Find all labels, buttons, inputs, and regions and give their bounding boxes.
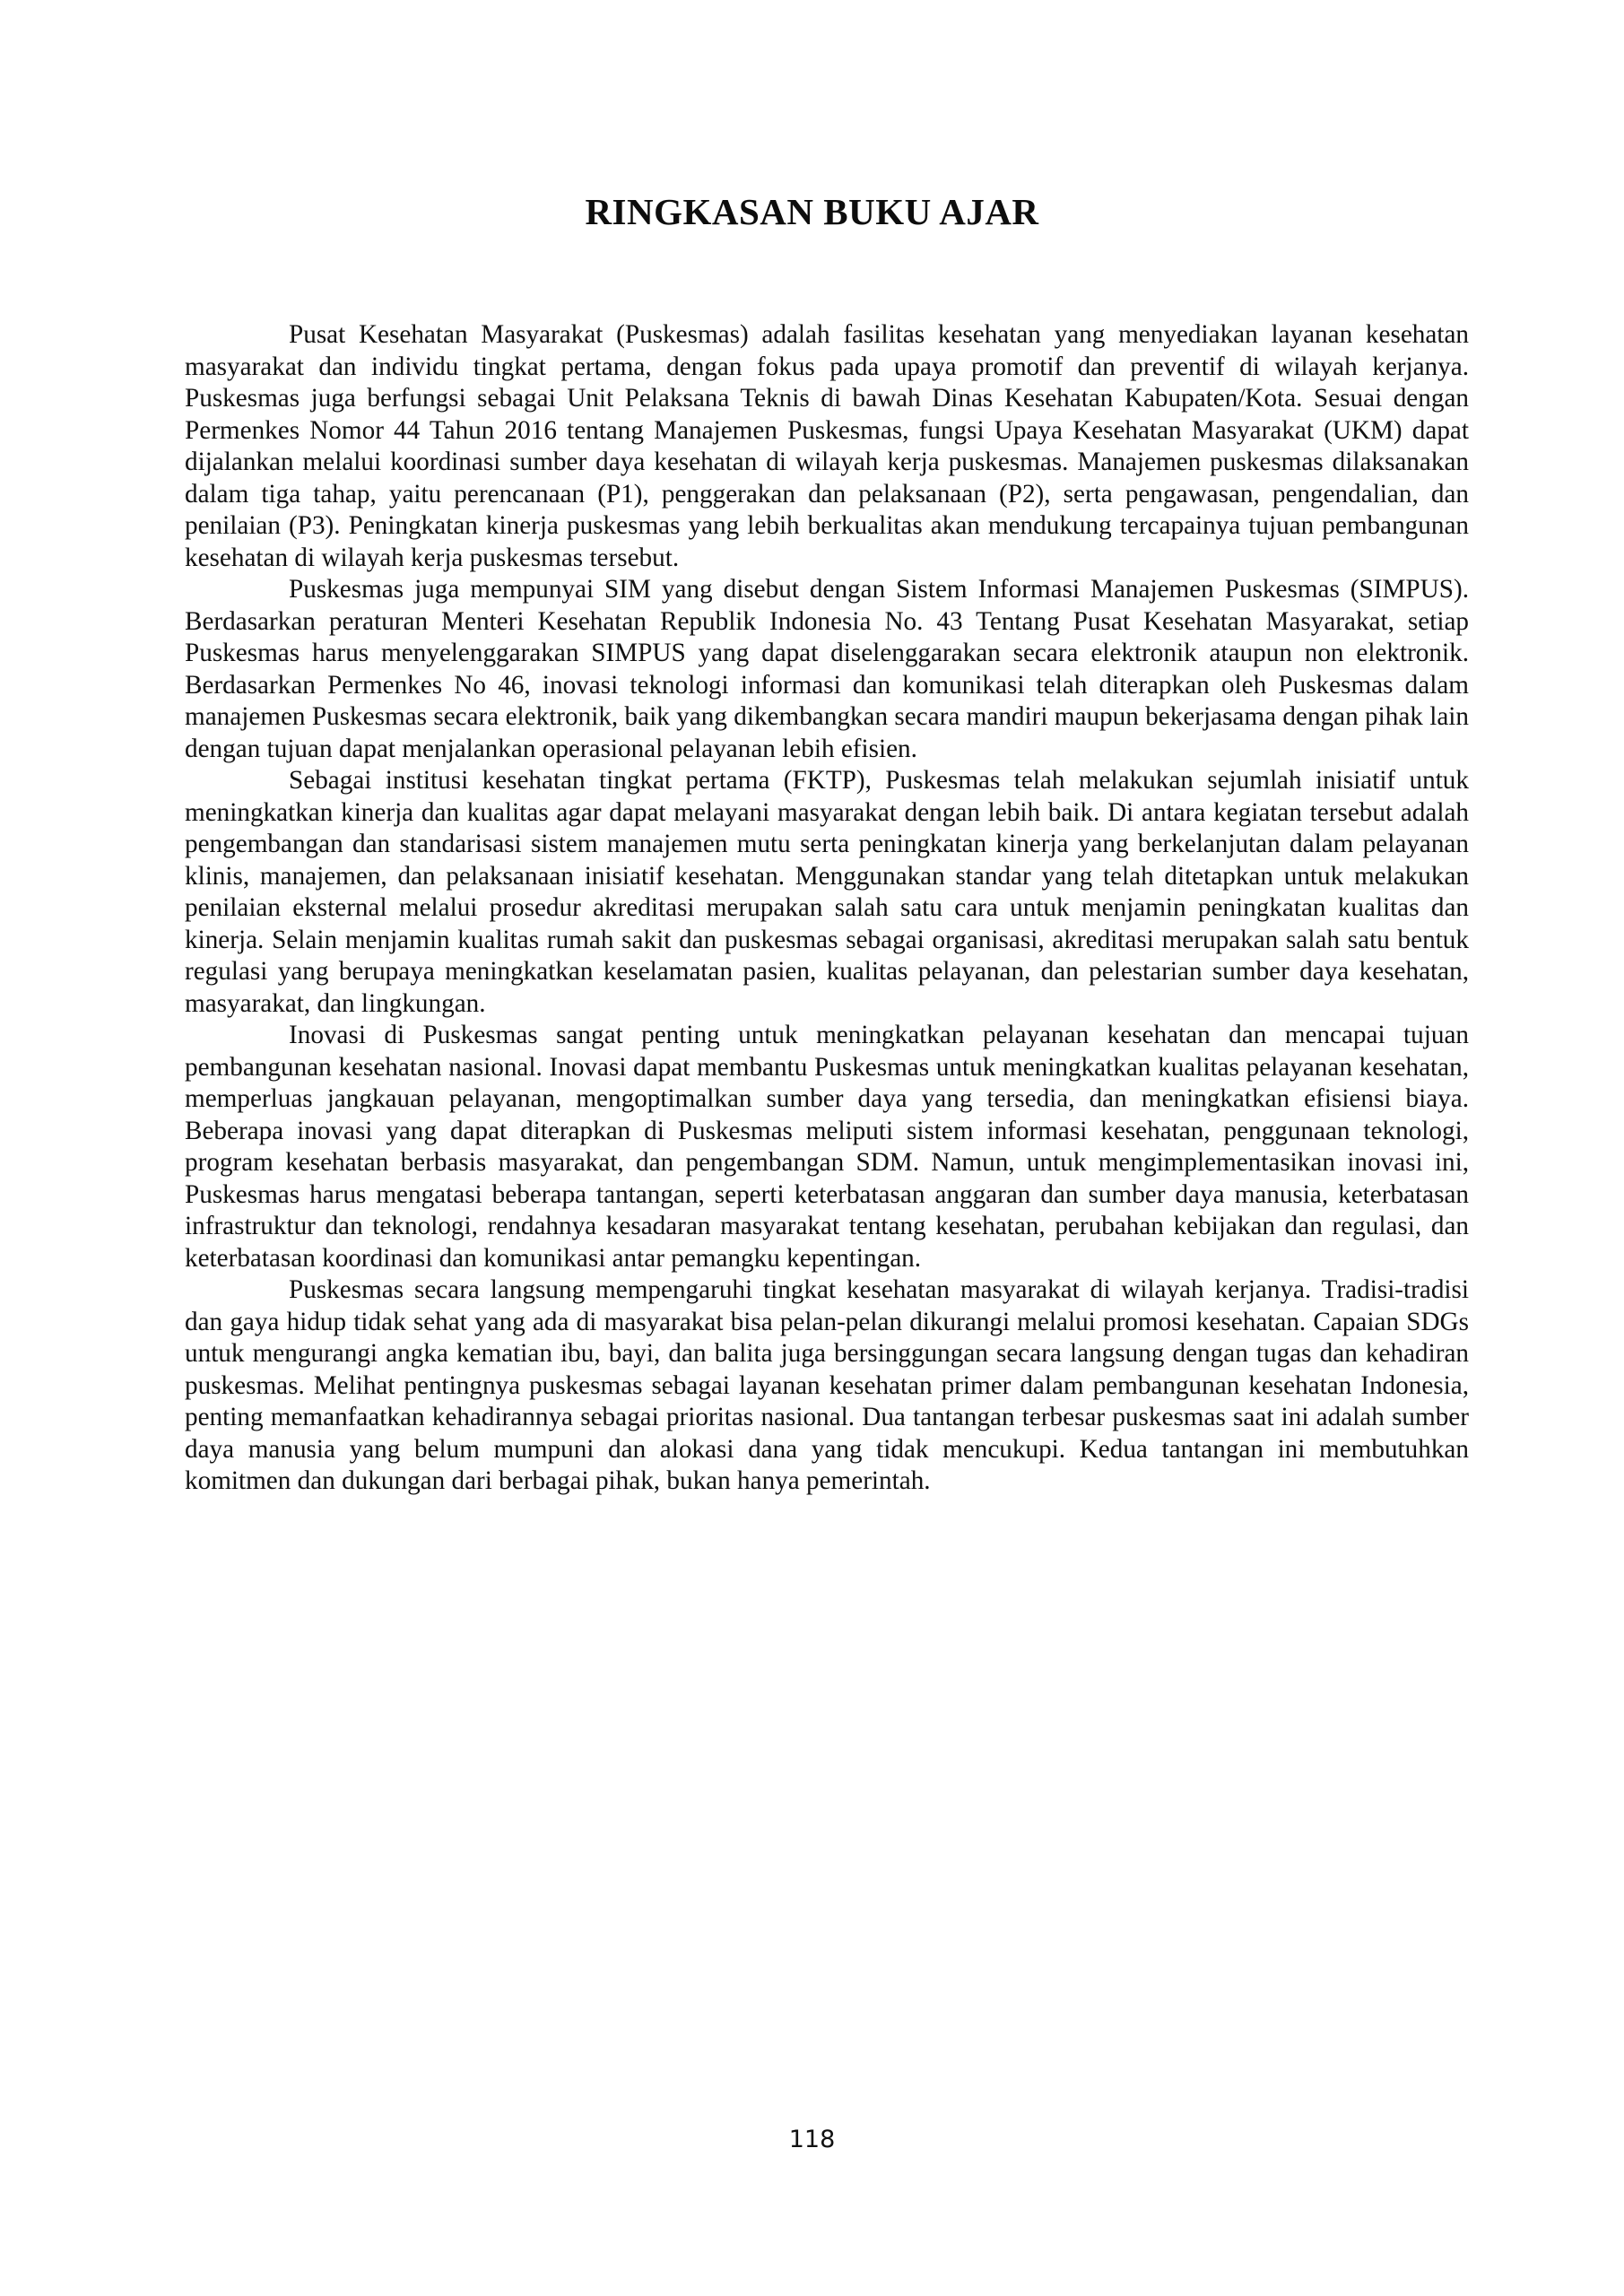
paragraph-challenges: Puskesmas secara langsung mempengaruhi t… <box>185 1274 1469 1498</box>
paragraph-innovation: Inovasi di Puskesmas sangat penting untu… <box>185 1020 1469 1274</box>
body-text: Pusat Kesehatan Masyarakat (Puskesmas) a… <box>185 319 1469 1498</box>
paragraph-puskesmas-definition: Pusat Kesehatan Masyarakat (Puskesmas) a… <box>185 319 1469 574</box>
page-number: 118 <box>0 2126 1624 2153</box>
paragraph-simpus: Puskesmas juga mempunyai SIM yang disebu… <box>185 574 1469 765</box>
paragraph-fktp-accreditation: Sebagai institusi kesehatan tingkat pert… <box>185 765 1469 1020</box>
document-page: RINGKASAN BUKU AJAR Pusat Kesehatan Masy… <box>0 0 1624 2296</box>
page-title: RINGKASAN BUKU AJAR <box>0 190 1624 233</box>
